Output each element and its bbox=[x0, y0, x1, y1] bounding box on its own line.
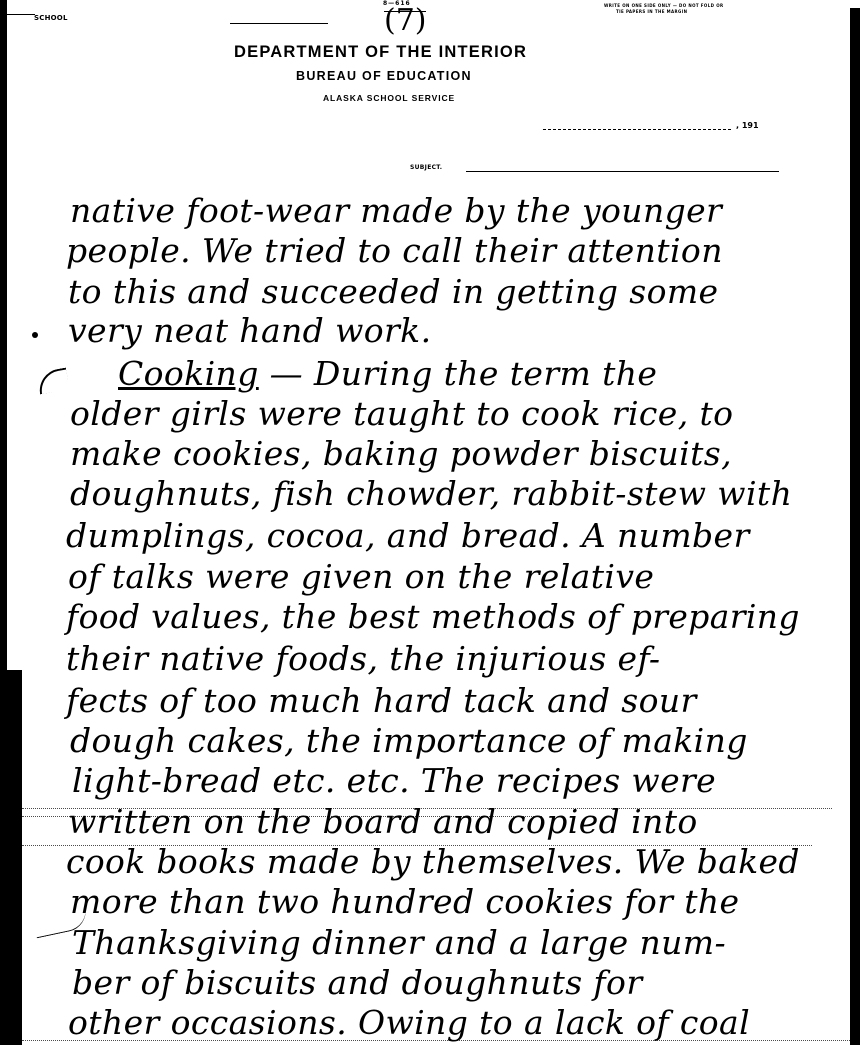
handwritten-line: other occasions. Owing to a lack of coal bbox=[68, 1004, 750, 1042]
scan-edge-left-lower bbox=[0, 670, 22, 1045]
handwritten-line: written on the board and copied into bbox=[68, 803, 698, 841]
date-line bbox=[543, 129, 731, 131]
handwritten-line: light-bread etc. etc. The recipes were bbox=[72, 762, 716, 800]
margin-notice: WRITE ON ONE SIDE ONLY — DO NOT FOLD OR … bbox=[604, 3, 784, 15]
handwritten-line: ber of biscuits and doughnuts for bbox=[72, 964, 643, 1002]
school-rule-right bbox=[230, 23, 328, 24]
handwritten-line: older girls were taught to cook rice, to bbox=[70, 395, 733, 433]
handwritten-line: very neat hand work. bbox=[68, 312, 431, 350]
handwritten-line: native foot-wear made by the younger bbox=[70, 192, 722, 230]
section-heading: Cooking bbox=[118, 354, 259, 393]
margin-bullet-mark bbox=[32, 332, 38, 338]
handwritten-line: Thanksgiving dinner and a large num- bbox=[72, 924, 726, 962]
bureau-title: BUREAU OF EDUCATION bbox=[296, 69, 472, 83]
handwritten-line: food values, the best methods of prepari… bbox=[66, 598, 800, 636]
handwritten-line: dough cakes, the importance of making bbox=[70, 722, 748, 760]
date-year: , 191 bbox=[736, 121, 759, 130]
handwritten-line: to this and succeeded in getting some bbox=[68, 273, 718, 311]
handwritten-line-heading: Cooking — During the term the bbox=[118, 355, 657, 393]
notice-line: TIE PAPERS IN THE MARGIN bbox=[604, 9, 784, 15]
subject-label: SUBJECT. bbox=[410, 164, 442, 171]
page-number: (7) bbox=[384, 6, 427, 36]
handwritten-line: fects of too much hard tack and sour bbox=[66, 682, 697, 720]
handwritten-line: of talks were given on the relative bbox=[68, 558, 654, 596]
scan-edge-right-lower bbox=[853, 300, 860, 1045]
handwritten-line: make cookies, baking powder biscuits, bbox=[70, 435, 732, 473]
document-page: SCHOOL 8—616 (7) WRITE ON ONE SIDE ONLY … bbox=[0, 0, 860, 1045]
service-title: ALASKA SCHOOL SERVICE bbox=[323, 93, 455, 103]
handwritten-line: more than two hundred cookies for the bbox=[70, 883, 739, 921]
handwritten-line: their native foods, the injurious ef- bbox=[66, 640, 660, 678]
margin-check-mark bbox=[36, 368, 69, 395]
handwritten-line: dumplings, cocoa, and bread. A number bbox=[66, 517, 750, 555]
handwritten-line: people. We tried to call their attention bbox=[66, 232, 723, 270]
handwritten-line: cook books made by themselves. We baked bbox=[66, 843, 800, 881]
school-label: SCHOOL bbox=[34, 14, 68, 22]
handwritten-text: — During the term the bbox=[270, 354, 658, 393]
school-rule-left bbox=[7, 14, 35, 15]
subject-line bbox=[466, 171, 779, 172]
handwritten-line: doughnuts, fish chowder, rabbit-stew wit… bbox=[70, 475, 792, 513]
department-title: DEPARTMENT OF THE INTERIOR bbox=[234, 43, 554, 62]
